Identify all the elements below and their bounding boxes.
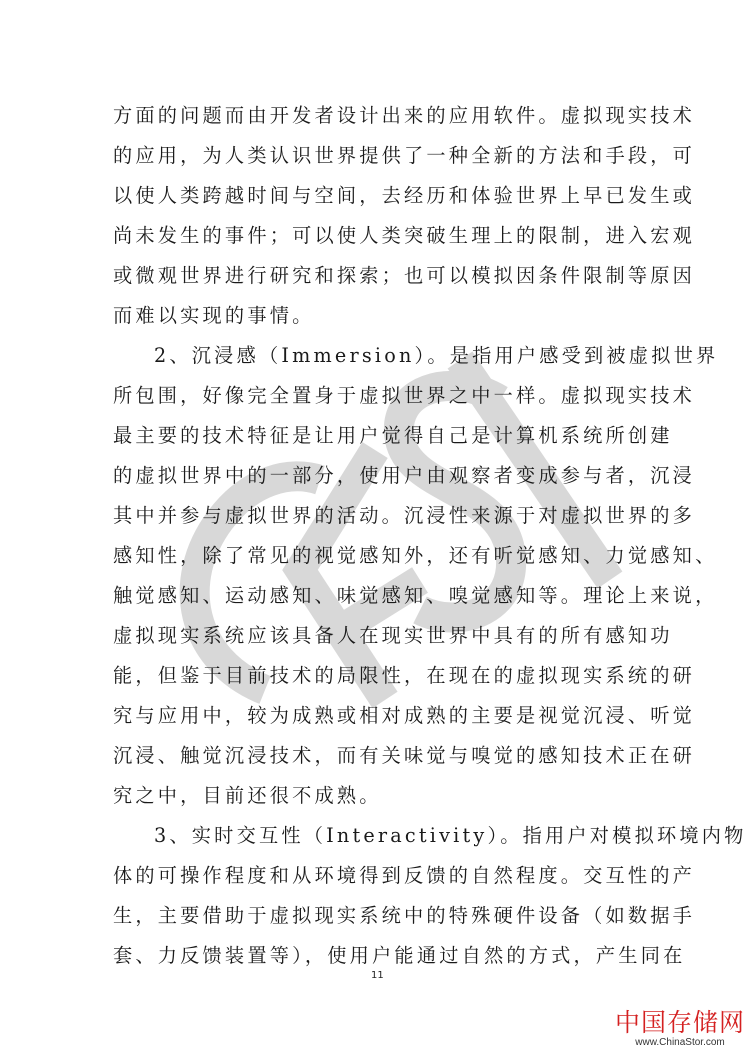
text-line: 的应用，为人类认识世界提供了一种全新的方法和手段，可 xyxy=(113,136,658,176)
text-line: 2、沉浸感（Immersion）。是指用户感受到被虚拟世界 xyxy=(113,336,658,376)
text-line: 其中并参与虚拟世界的活动。沉浸性来源于对虚拟世界的多 xyxy=(113,496,658,536)
text-line: 以使人类跨越时间与空间，去经历和体验世界上早已发生或 xyxy=(113,176,658,216)
text-line: 尚未发生的事件；可以使人类突破生理上的限制，进入宏观 xyxy=(113,216,658,256)
text-line: 感知性，除了常见的视觉感知外，还有听觉感知、力觉感知、 xyxy=(113,536,658,576)
text-line: 虚拟现实系统应该具备人在现实世界中具有的所有感知功 xyxy=(113,616,658,656)
body-text: 方面的问题而由开发者设计出来的应用软件。虚拟现实技术的应用，为人类认识世界提供了… xyxy=(113,96,658,976)
text-line: 沉浸、触觉沉浸技术，而有关味觉与嗅觉的感知技术正在研 xyxy=(113,736,658,776)
text-line: 最主要的技术特征是让用户觉得自己是计算机系统所创建 xyxy=(113,416,658,456)
text-line: 所包围，好像完全置身于虚拟世界之中一样。虚拟现实技术 xyxy=(113,376,658,416)
text-line: 体的可操作程度和从环境得到反馈的自然程度。交互性的产 xyxy=(113,856,658,896)
site-logo[interactable]: 中国存储网 www.ChinaStor.com xyxy=(615,1010,745,1049)
text-line: 的虚拟世界中的一部分，使用户由观察者变成参与者，沉浸 xyxy=(113,456,658,496)
text-line: 或微观世界进行研究和探索；也可以模拟因条件限制等原因 xyxy=(113,256,658,296)
site-logo-url[interactable]: www.ChinaStor.com xyxy=(615,1037,745,1049)
text-line: 方面的问题而由开发者设计出来的应用软件。虚拟现实技术 xyxy=(113,96,658,136)
text-line: 触觉感知、运动感知、味觉感知、嗅觉感知等。理论上来说， xyxy=(113,576,658,616)
text-line: 究之中，目前还很不成熟。 xyxy=(113,776,658,816)
text-line: 套、力反馈装置等），使用户能通过自然的方式，产生同在 xyxy=(113,936,658,976)
document-page: 方面的问题而由开发者设计出来的应用软件。虚拟现实技术的应用，为人类认识世界提供了… xyxy=(0,0,750,1060)
text-line: 能，但鉴于目前技术的局限性，在现在的虚拟现实系统的研 xyxy=(113,656,658,696)
text-line: 而难以实现的事情。 xyxy=(113,296,658,336)
site-logo-name: 中国存储网 xyxy=(615,1010,745,1036)
text-line: 生，主要借助于虚拟现实系统中的特殊硬件设备（如数据手 xyxy=(113,896,658,936)
text-line: 3、实时交互性（Interactivity）。指用户对模拟环境内物 xyxy=(113,816,658,856)
text-line: 究与应用中，较为成熟或相对成熟的主要是视觉沉浸、听觉 xyxy=(113,696,658,736)
